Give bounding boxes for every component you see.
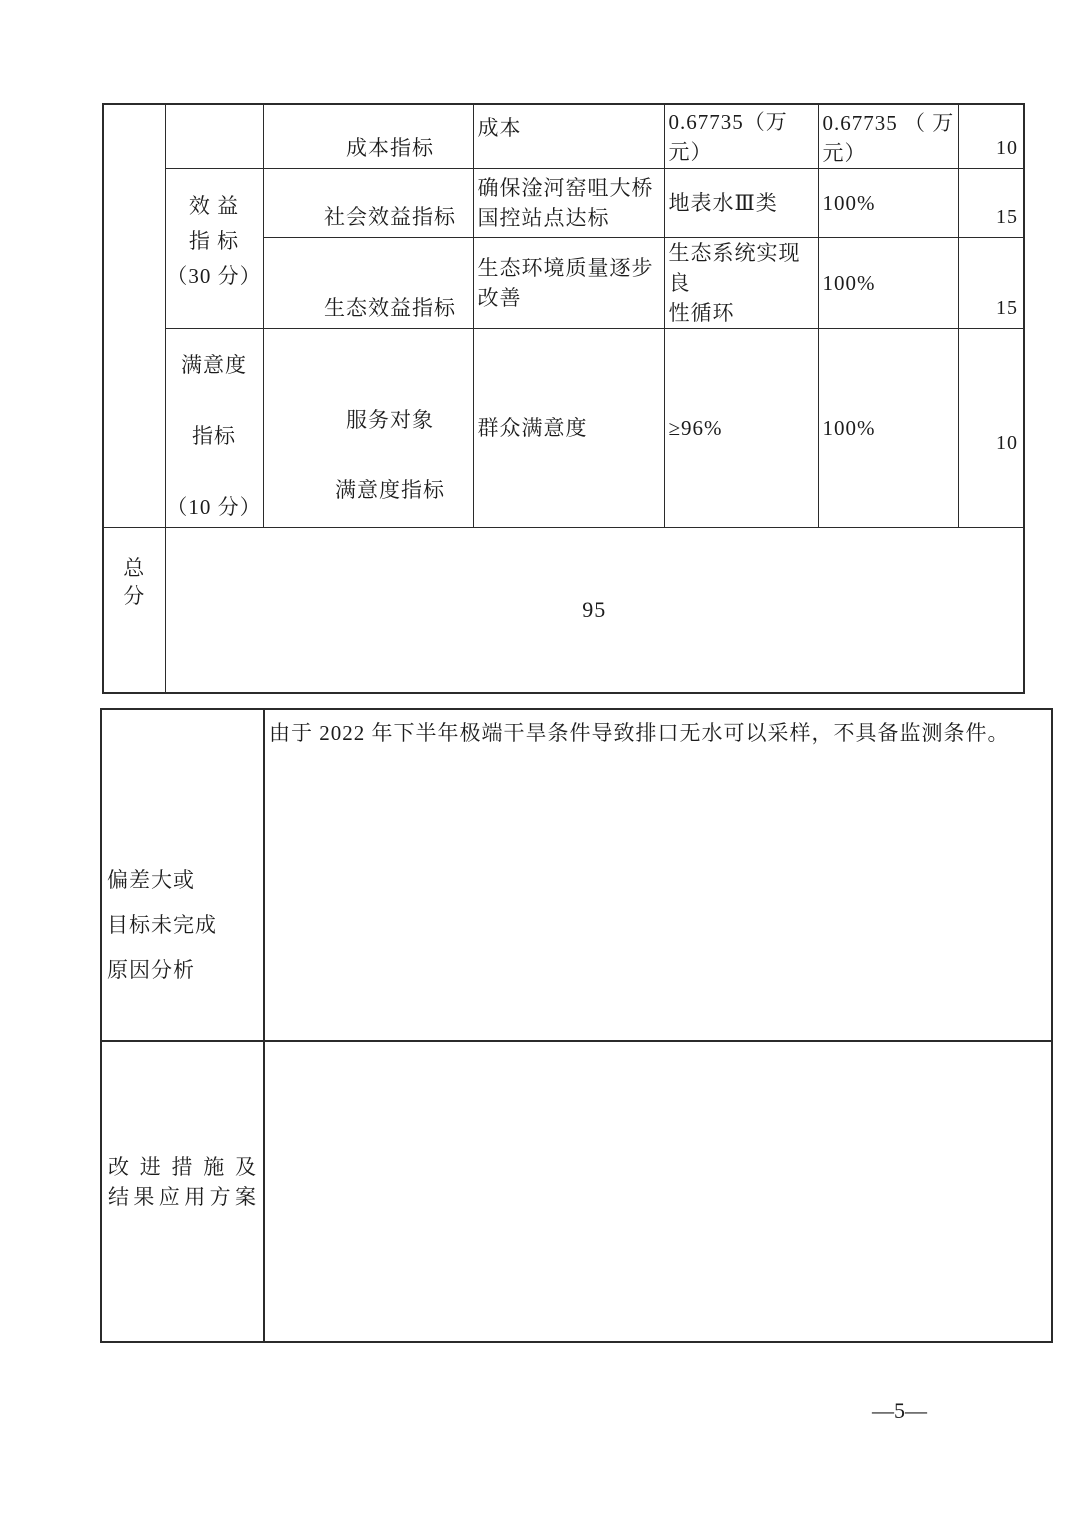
eco-benefit-target-cell: 生态系统实现良 性循环 xyxy=(664,238,818,329)
eco-benefit-category-cell: 生态效益指标 xyxy=(263,238,473,329)
total-score-label-cell: 总 分 xyxy=(103,528,165,693)
benefit-group-label-cell: 效 益 指 标 （30 分） xyxy=(165,169,263,329)
improvement-plan-label-cell: 改进措施及 结果应用方案 xyxy=(101,1041,264,1342)
deviation-analysis-content-cell: 由于 2022 年下半年极端干旱条件导致排口无水可以采样，不具备监测条件。 xyxy=(264,709,1052,1041)
eco-benefit-name-cell: 生态环境质量逐步 改善 xyxy=(473,238,664,329)
cost-score-cell: 10 xyxy=(958,104,1024,169)
analysis-table: 偏差大或 目标未完成 原因分析 由于 2022 年下半年极端干旱条件导致排口无水… xyxy=(100,708,1053,1343)
cost-completion-cell: 0.67735 （ 万 元） xyxy=(818,104,958,169)
satisfaction-group-line-3: （10 分） xyxy=(166,491,261,521)
deviation-analysis-label-cell: 偏差大或 目标未完成 原因分析 xyxy=(101,709,264,1041)
row-improvement-plan: 改进措施及 结果应用方案 xyxy=(101,1041,1052,1342)
satisfaction-group-line-1: 满意度 xyxy=(181,349,247,379)
left-merged-continuation-cell xyxy=(103,104,165,528)
social-benefit-completion-cell: 100% xyxy=(818,169,958,238)
row-cost-indicator: 成本指标 成本 0.67735（万元） 0.67735 （ 万 元） 10 xyxy=(103,104,1024,169)
eco-benefit-completion-cell: 100% xyxy=(818,238,958,329)
satisfaction-group-line-2: 指标 xyxy=(192,420,236,450)
satisfaction-completion-cell: 100% xyxy=(818,329,958,528)
row-deviation-analysis: 偏差大或 目标未完成 原因分析 由于 2022 年下半年极端干旱条件导致排口无水… xyxy=(101,709,1052,1041)
social-benefit-target-cell: 地表水Ⅲ类 xyxy=(664,169,818,238)
social-benefit-category-cell: 社会效益指标 xyxy=(263,169,473,238)
total-score-value-cell: 95 xyxy=(165,528,1024,693)
satisfaction-target-cell: ≥96% xyxy=(664,329,818,528)
cost-target-cell: 0.67735（万元） xyxy=(664,104,818,169)
row-total-score: 总 分 95 xyxy=(103,528,1024,693)
cost-indicator-name-cell: 成本 xyxy=(473,104,664,169)
document-page: 成本指标 成本 0.67735（万元） 0.67735 （ 万 元） 10 效 … xyxy=(0,0,1074,1520)
satisfaction-score-cell: 10 xyxy=(958,329,1024,528)
satisfaction-group-label-lines: 满意度 指标 （10 分） xyxy=(166,349,263,521)
row-social-benefit: 效 益 指 标 （30 分） 社会效益指标 确保淦河窑咀大桥 国控站点达标 地表… xyxy=(103,169,1024,238)
satisfaction-group-label-cell: 满意度 指标 （10 分） xyxy=(165,329,263,528)
satisfaction-category-cell: 服务对象 满意度指标 xyxy=(263,329,473,528)
satisfaction-name-cell: 群众满意度 xyxy=(473,329,664,528)
page-number: —5— xyxy=(872,1398,927,1424)
row-satisfaction: 满意度 指标 （10 分） 服务对象 满意度指标 群众满意度 ≥96% 100%… xyxy=(103,329,1024,528)
improvement-plan-content-cell xyxy=(264,1041,1052,1342)
social-benefit-name-cell: 确保淦河窑咀大桥 国控站点达标 xyxy=(473,169,664,238)
eco-benefit-score-cell: 15 xyxy=(958,238,1024,329)
cost-category-cell: 成本指标 xyxy=(263,104,473,169)
social-benefit-score-cell: 15 xyxy=(958,169,1024,238)
group-blank-cell xyxy=(165,104,263,169)
performance-indicator-table: 成本指标 成本 0.67735（万元） 0.67735 （ 万 元） 10 效 … xyxy=(102,103,1025,694)
